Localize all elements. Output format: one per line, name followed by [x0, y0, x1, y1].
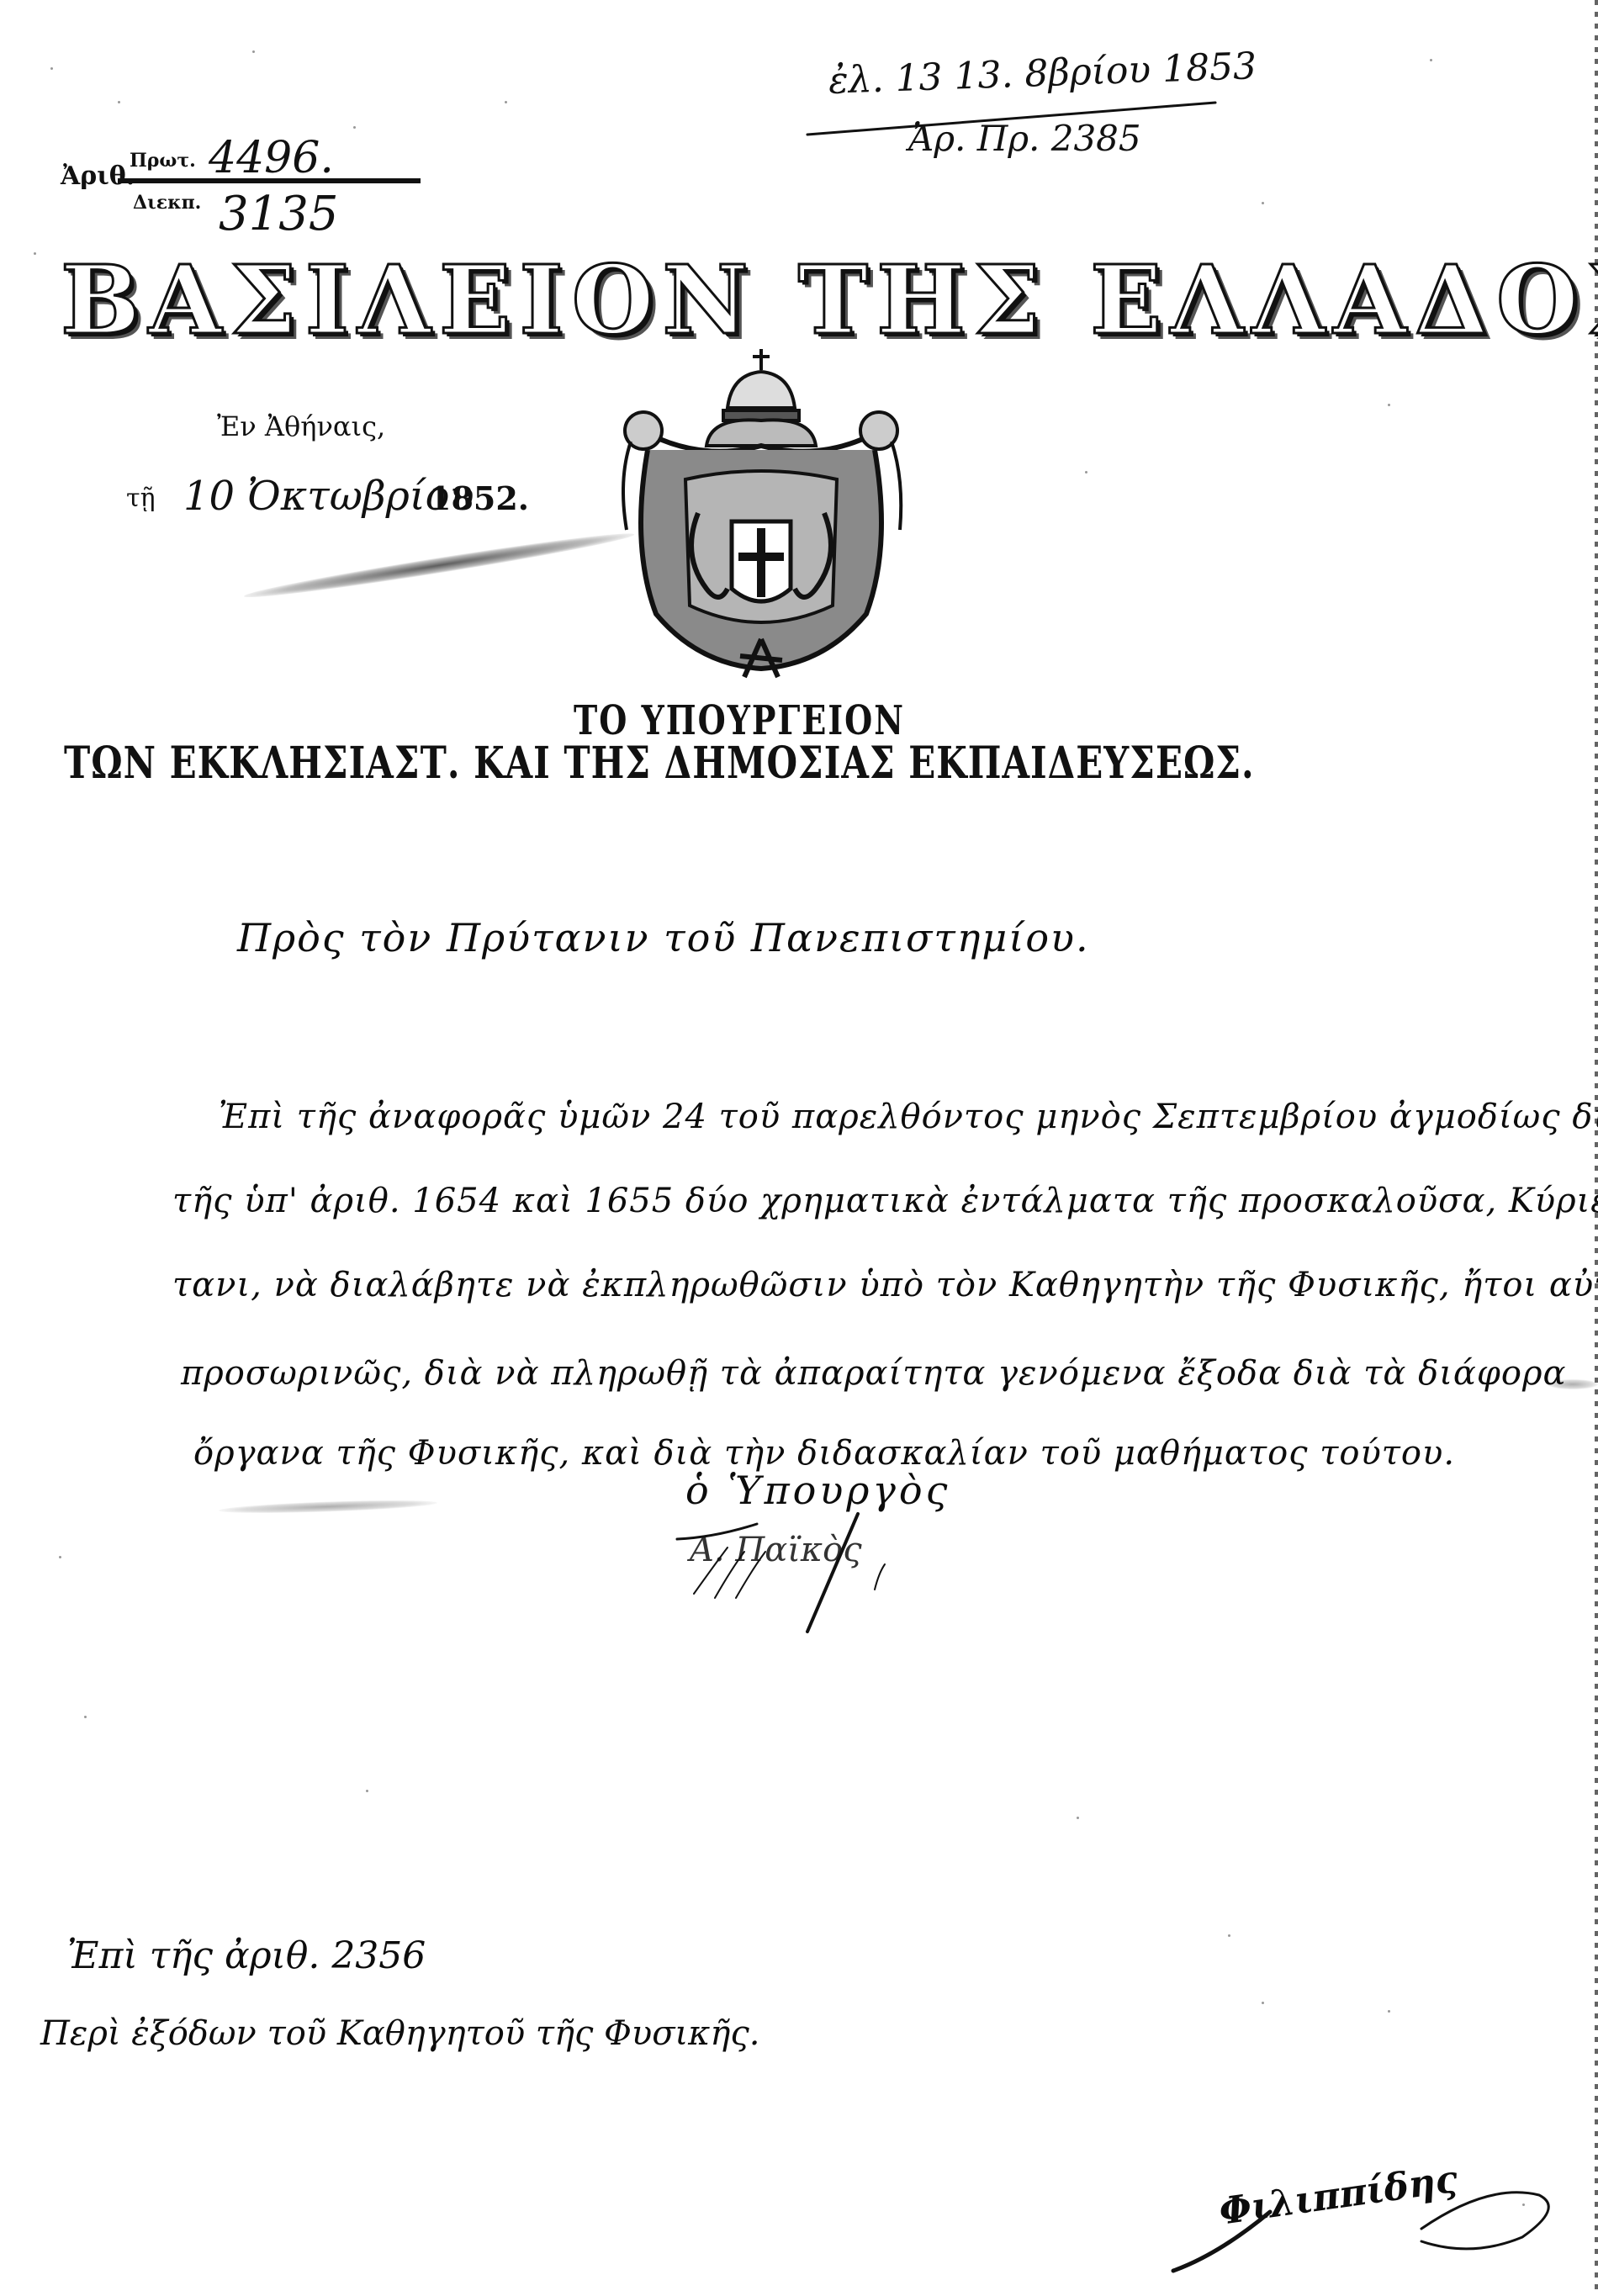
minister-signature-flourish [664, 1505, 934, 1640]
document-page: Ἀριθ. Πρωτ. 4496. Διεκπ. 3135 ἐλ. 13 13.… [0, 0, 1598, 2296]
ink-smudge-2 [219, 1498, 437, 1516]
body-line-4: προσωρινῶς, διὰ νὰ πληρωθῇ τὰ ἀπαραίτητα… [181, 1354, 1567, 1393]
body-line-3: τανι, νὰ διαλάβητε νὰ ἐκπληρωθῶσιν ὑπὸ τ… [172, 1266, 1598, 1304]
dispatch-label: Διεκπ. [133, 192, 201, 214]
ministry-line-2: ΤΩΝ ΕΚΚΛΗΣΙΑΣΤ. ΚΑΙ ΤΗΣ ΔΗΜΟΣΙΑΣ ΕΚΠΑΙΔΕ… [64, 737, 1255, 788]
reference-divider [118, 178, 421, 183]
place-athens: Ἐν Ἀθήναις, [217, 410, 385, 442]
ink-smudge [243, 527, 636, 604]
number-label: Ἀριθ. [61, 161, 135, 191]
protocol-label: Πρωτ. [130, 150, 196, 172]
countersignature-flourish [1169, 2178, 1590, 2279]
registry-note-bottom: Ἀρ. Πρ. 2385 [908, 118, 1141, 159]
body-line-2: τῆς ὑπ' ἀριθ. 1654 καὶ 1655 δύο χρηματικ… [172, 1182, 1598, 1220]
coat-of-arms-emblem [606, 336, 917, 690]
protocol-number: 4496. [209, 133, 334, 183]
footer-note-line-1: Ἐπὶ τῆς ἀριθ. 2356 [67, 1934, 426, 1977]
footer-note-line-2: Περὶ ἐξόδων τοῦ Καθηγητοῦ τῆς Φυσικῆς. [40, 2014, 760, 2053]
date-prefix: τῇ [126, 484, 156, 513]
registry-note-top: ἐλ. 13 13. 8βρίου 1853 [828, 45, 1257, 103]
addressee-line: Πρὸς τὸν Πρύτανιν τοῦ Πανεπιστημίου. [237, 915, 1090, 960]
body-line-1: Ἐπὶ τῆς ἀναφορᾶς ὑμῶν 24 τοῦ παρελθόντος… [219, 1098, 1598, 1136]
date-year: 1852. [429, 479, 529, 517]
dispatch-number: 3135 [219, 187, 339, 241]
